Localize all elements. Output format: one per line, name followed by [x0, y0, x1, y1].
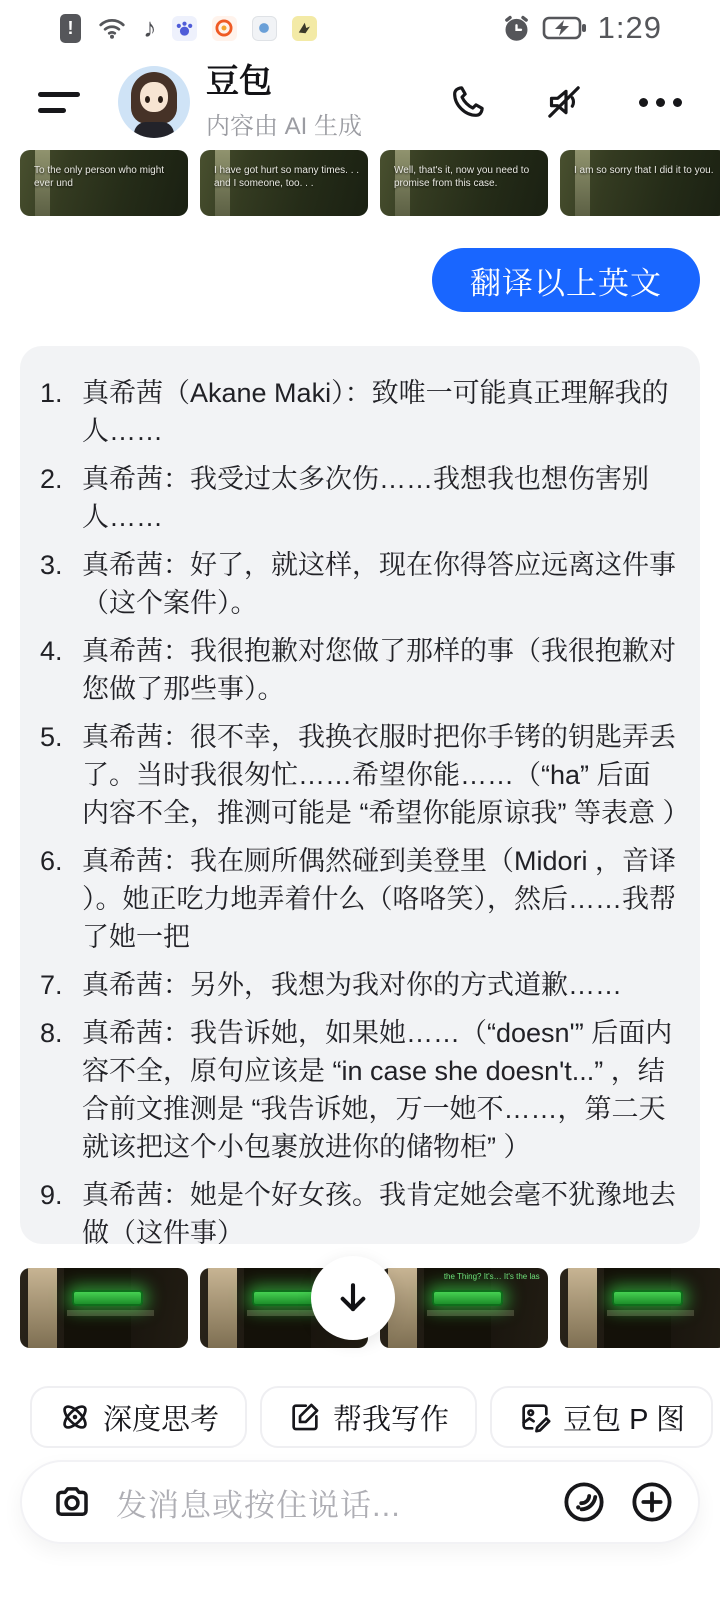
- thumbnail-art: [208, 1268, 237, 1348]
- thumbnail-art: [427, 1310, 514, 1316]
- thumbnail-art: [244, 1268, 311, 1348]
- glowing-item: [432, 1290, 503, 1306]
- header-actions: [446, 80, 682, 124]
- sim-alert-icon: !: [60, 14, 81, 43]
- video-thumbnail[interactable]: the Thing? It's… It's the las: [380, 1268, 548, 1348]
- subtitle-text: I have got hurt so many times. . . and I…: [214, 164, 364, 190]
- thumbnail-art: [604, 1268, 671, 1348]
- item-number: 9.: [40, 1176, 76, 1244]
- status-time: 1:29: [598, 10, 662, 46]
- chip-label: 帮我写作: [333, 1397, 449, 1438]
- list-item: 3.真希茜：好了，就这样，现在你得答应远离这件事（这个案件）。: [40, 546, 676, 622]
- thumbnail-art: [64, 1268, 131, 1348]
- voice-wave-icon: [561, 1479, 607, 1525]
- more-icon: [639, 98, 682, 107]
- user-message-bubble: 翻译以上英文: [432, 248, 700, 312]
- yellow-app-icon: [292, 16, 317, 41]
- chip-help-me-write[interactable]: 帮我写作: [260, 1386, 477, 1448]
- chat-header: 豆包 内容由 AI 生成: [0, 56, 720, 148]
- orange-app-icon: [212, 16, 237, 41]
- user-message-text: 翻译以上英文: [470, 258, 662, 303]
- add-button[interactable]: [628, 1478, 676, 1526]
- video-thumbnail[interactable]: Well, that's it, now you need to promise…: [380, 150, 548, 216]
- item-text: 真希茜：好了，就这样，现在你得答应远离这件事（这个案件）。: [82, 546, 676, 622]
- message-input-bar[interactable]: 发消息或按住说话...: [20, 1460, 700, 1544]
- plus-icon: [629, 1479, 675, 1525]
- mute-toggle-button[interactable]: [542, 80, 586, 124]
- battery-charging-icon: [542, 13, 588, 43]
- scroll-to-bottom-button[interactable]: [311, 1256, 395, 1340]
- media-row-top: To the only person who might ever und I …: [20, 150, 720, 216]
- avatar[interactable]: [118, 66, 190, 138]
- video-thumbnail[interactable]: I have got hurt so many times. . . and I…: [200, 150, 368, 216]
- status-left-icons: ! ♪: [60, 13, 317, 43]
- list-item: 7.真希茜：另外，我想为我对你的方式道歉……: [40, 966, 676, 1004]
- subtitle-text: To the only person who might ever und: [34, 164, 184, 190]
- chip-label: 深度思考: [103, 1397, 219, 1438]
- item-text: 真希茜：她是个好女孩。我肯定她会毫不犹豫地去做（这件事）: [82, 1176, 676, 1244]
- wifi-icon: [96, 13, 128, 43]
- more-button[interactable]: [638, 80, 682, 124]
- list-item: 8.真希茜：我告诉她，如果她……（“doesn'” 后面内容不全，原句应该是 “…: [40, 1014, 676, 1166]
- list-item: 6.真希茜：我在厕所偶然碰到美登里（Midori ，音译 ）。她正吃力地弄着什么…: [40, 842, 676, 956]
- thumbnail-art: [67, 1310, 154, 1316]
- glowing-item: [612, 1290, 683, 1306]
- avatar-eye: [158, 96, 163, 103]
- item-text: 真希茜：很不幸，我换衣服时把你手铐的钥匙弄丢了。当时我很匆忙……希望你能……（“…: [82, 718, 676, 832]
- page-title: 豆包: [206, 63, 362, 99]
- subtitle-text: I am so sorry that I did it to you.: [574, 164, 720, 177]
- edit-square-icon: [288, 1400, 322, 1434]
- gray-app-icon: [252, 16, 277, 41]
- item-text: 真希茜（Akane Maki）：致唯一可能真正理解我的人……: [82, 374, 676, 450]
- thumbnail-art: [607, 1310, 694, 1316]
- chip-label: 豆包 P 图: [563, 1397, 685, 1438]
- list-item: 9.真希茜：她是个好女孩。我肯定她会毫不犹豫地去做（这件事）: [40, 1176, 676, 1244]
- ai-generated-note: 内容由 AI 生成: [206, 106, 362, 141]
- camera-button[interactable]: [48, 1478, 96, 1526]
- video-thumbnail[interactable]: [20, 1268, 188, 1348]
- item-number: 7.: [40, 966, 76, 1004]
- voice-call-button[interactable]: [446, 80, 490, 124]
- list-item: 4.真希茜：我很抱歉对您做了那样的事（我很抱歉对您做了那些事）。: [40, 632, 676, 708]
- video-thumbnail[interactable]: To the only person who might ever und: [20, 150, 188, 216]
- thumbnail-art: [28, 1268, 57, 1348]
- image-edit-icon: [518, 1400, 552, 1434]
- list-item: 5.真希茜：很不幸，我换衣服时把你手铐的钥匙弄丢了。当时我很匆忙……希望你能………: [40, 718, 676, 832]
- alarm-clock-icon: [501, 13, 532, 44]
- list-item: 1.真希茜（Akane Maki）：致唯一可能真正理解我的人……: [40, 374, 676, 450]
- translation-list: 1.真希茜（Akane Maki）：致唯一可能真正理解我的人…… 2.真希茜：我…: [40, 374, 676, 1244]
- avatar-eye: [145, 96, 150, 103]
- list-item: 2.真希茜：我受过太多次伤……我想我也想伤害别人……: [40, 460, 676, 536]
- camera-icon: [51, 1481, 93, 1523]
- thumbnail-art: [575, 150, 590, 216]
- item-text: 真希茜：我告诉她，如果她……（“doesn'” 后面内容不全，原句应该是 “in…: [82, 1014, 676, 1166]
- chip-doubao-photo-edit[interactable]: 豆包 P 图: [490, 1386, 713, 1448]
- avatar-face: [140, 82, 168, 112]
- message-input[interactable]: 发消息或按住说话...: [116, 1480, 540, 1525]
- item-number: 6.: [40, 842, 76, 956]
- ai-message-bubble: 1.真希茜（Akane Maki）：致唯一可能真正理解我的人…… 2.真希茜：我…: [20, 346, 700, 1244]
- item-number: 4.: [40, 632, 76, 708]
- item-text: 真希茜：另外，我想为我对你的方式道歉……: [82, 966, 676, 1004]
- subtitle-text: the Thing? It's… It's the las: [444, 1272, 546, 1282]
- voice-input-button[interactable]: [560, 1478, 608, 1526]
- item-number: 5.: [40, 718, 76, 832]
- item-number: 3.: [40, 546, 76, 622]
- item-number: 1.: [40, 374, 76, 450]
- arrow-down-icon: [334, 1279, 372, 1317]
- item-text: 真希茜：我受过太多次伤……我想我也想伤害别人……: [82, 460, 676, 536]
- item-number: 2.: [40, 460, 76, 536]
- paw-app-icon: [172, 16, 197, 41]
- item-number: 8.: [40, 1014, 76, 1166]
- status-bar: ! ♪: [0, 0, 720, 56]
- video-thumbnail[interactable]: I am so sorry that I did it to you.: [560, 150, 720, 216]
- menu-button[interactable]: [38, 92, 82, 113]
- thumbnail-art: [568, 1268, 597, 1348]
- item-text: 真希茜：我很抱歉对您做了那样的事（我很抱歉对您做了那些事）。: [82, 632, 676, 708]
- chip-deep-thinking[interactable]: 深度思考: [30, 1386, 247, 1448]
- header-meta: 豆包 内容由 AI 生成: [206, 63, 362, 140]
- video-thumbnail[interactable]: [560, 1268, 720, 1348]
- action-chips-row: 深度思考 帮我写作 豆包 P 图 照片动: [0, 1386, 720, 1450]
- phone-icon: [448, 82, 488, 122]
- speaker-muted-icon: [544, 82, 584, 122]
- glowing-item: [72, 1290, 143, 1306]
- subtitle-text: Well, that's it, now you need to promise…: [394, 164, 544, 190]
- avatar-body: [134, 122, 174, 138]
- item-text: 真希茜：我在厕所偶然碰到美登里（Midori ，音译 ）。她正吃力地弄着什么（咯…: [82, 842, 676, 956]
- atom-icon: [58, 1400, 92, 1434]
- music-note-icon: ♪: [143, 15, 157, 42]
- status-right: 1:29: [501, 10, 662, 46]
